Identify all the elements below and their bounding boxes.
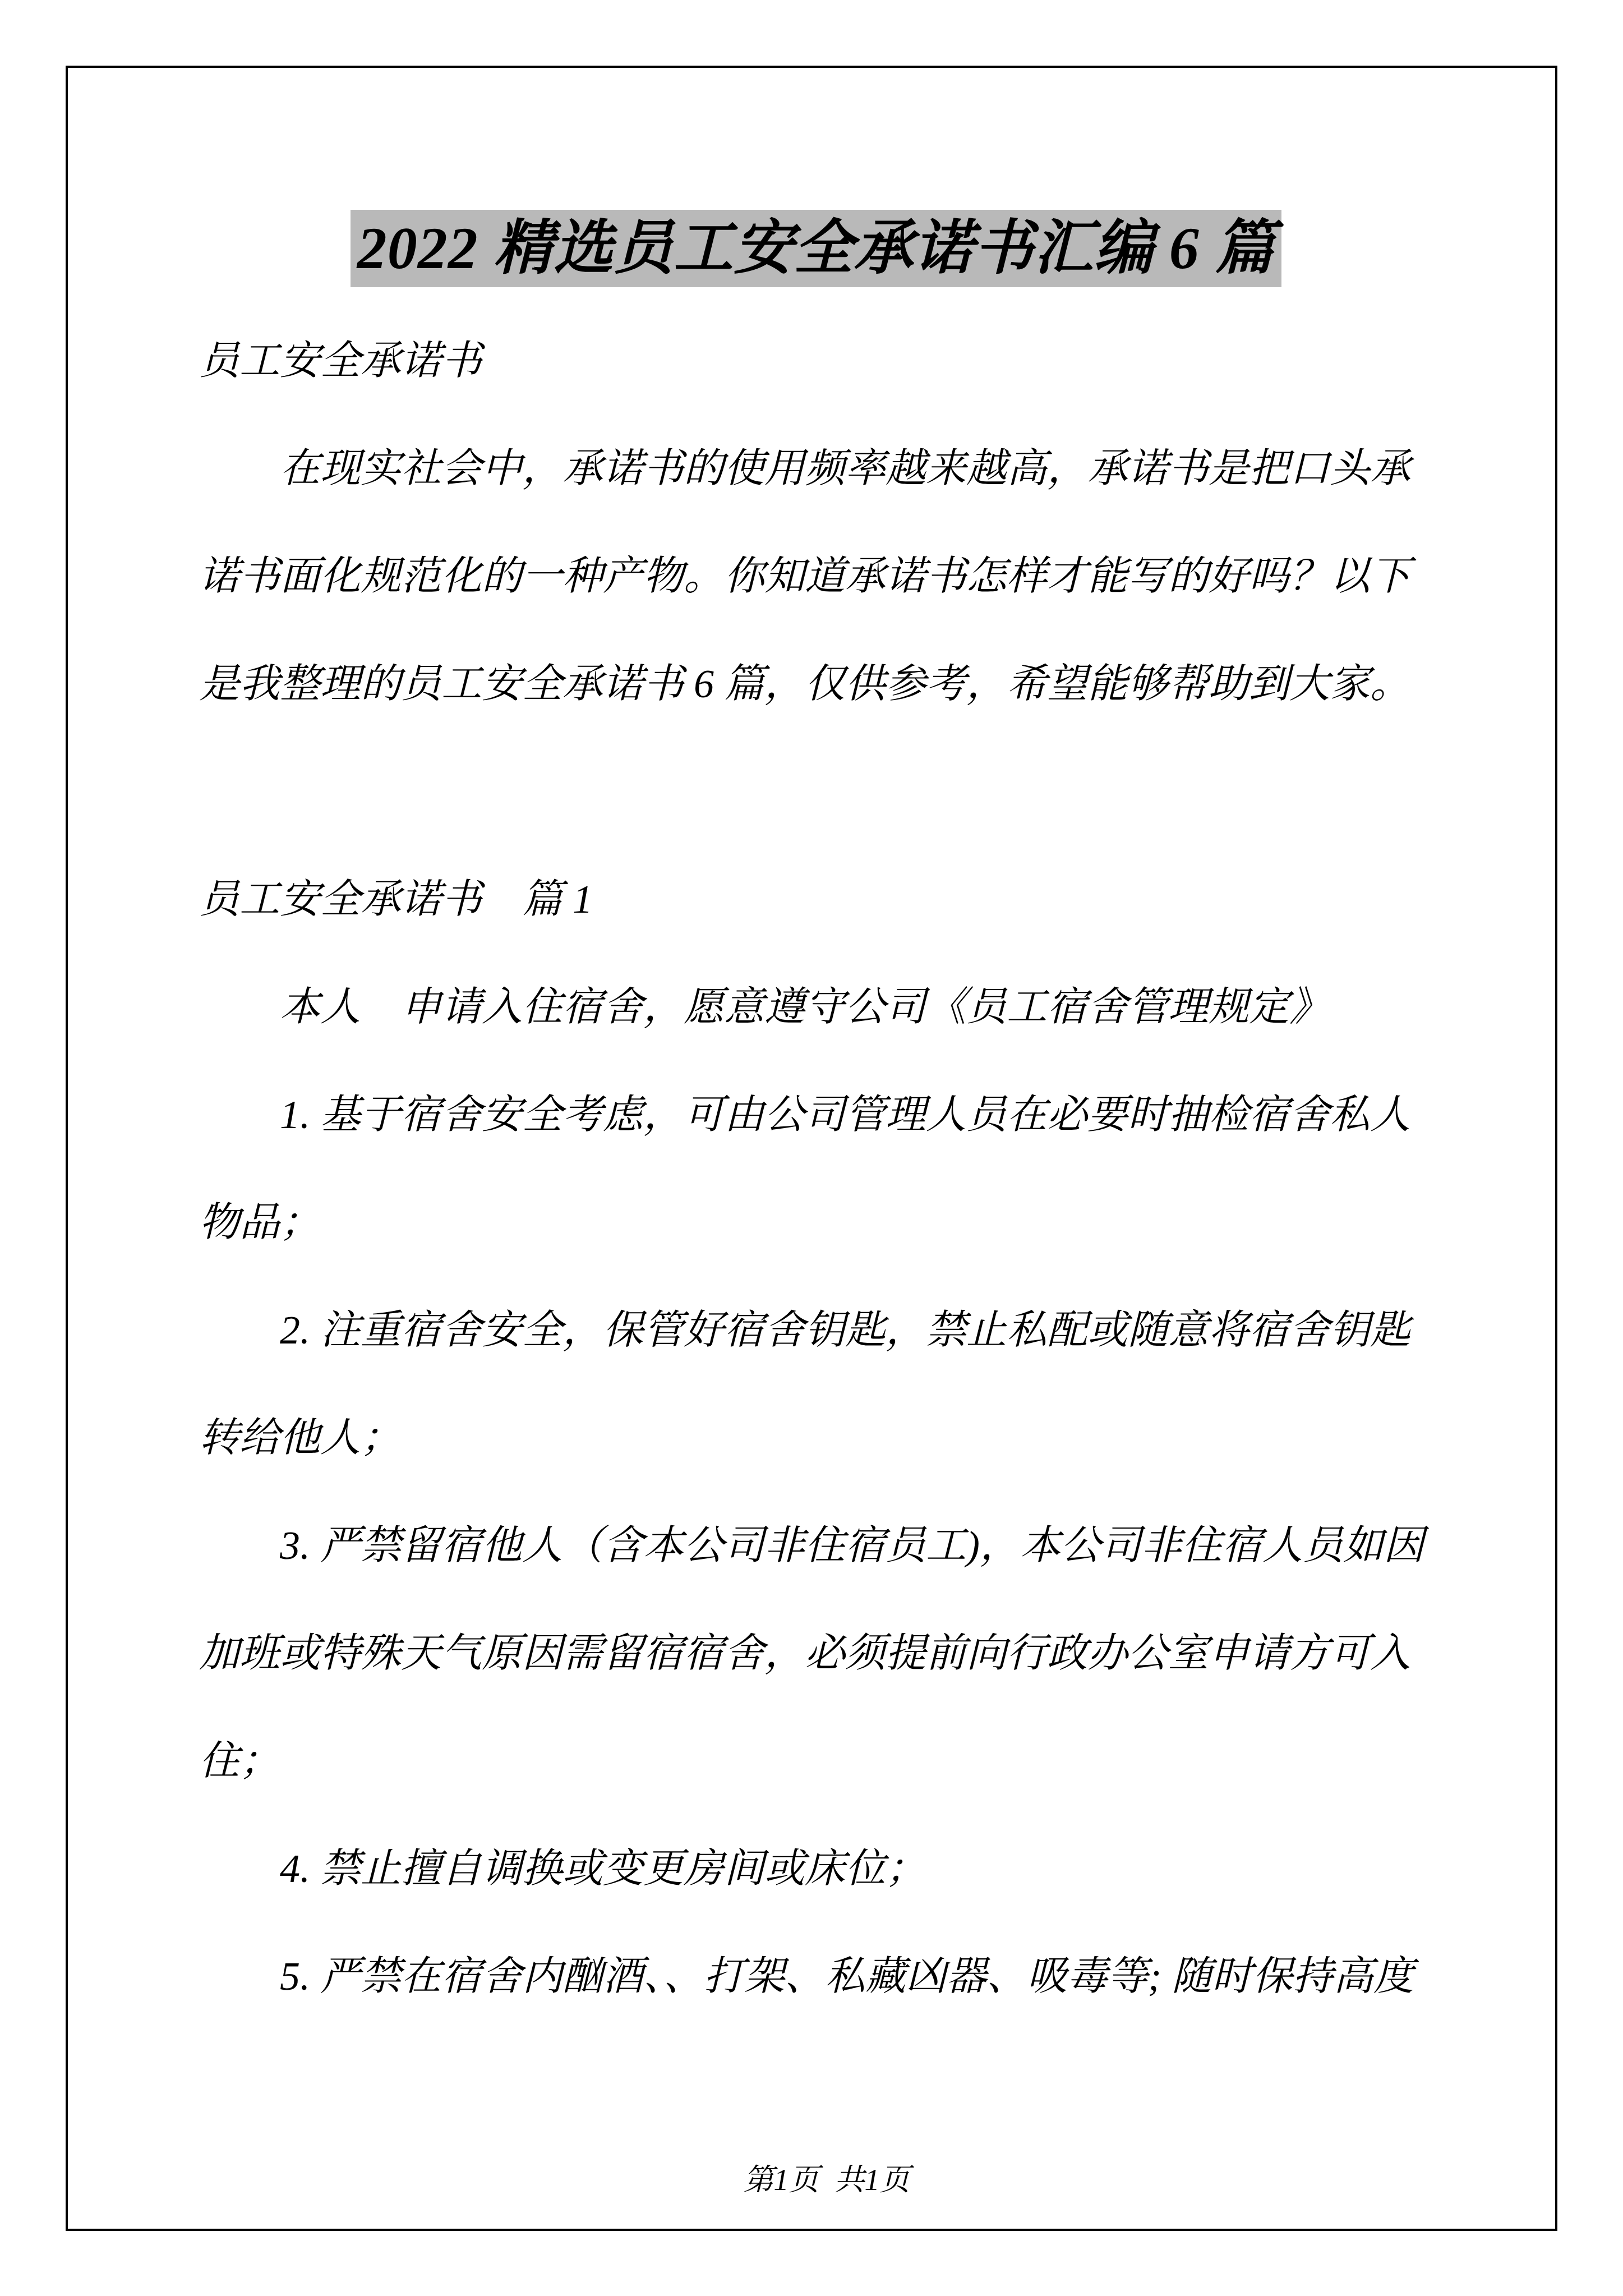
page-number-label: 第1页 共1页 [744,2163,910,2197]
text-line: 在现实社会中，承诺书的使用频率越来越高，承诺书是把口头承 [199,415,1425,522]
text-line [199,738,1425,845]
text-line: 住； [199,1707,1425,1815]
text-line: 2. 注重宿舍安全，保管好宿舍钥匙，禁止私配或随意将宿舍钥匙 [199,1276,1425,1384]
text-line: 物品； [199,1168,1425,1276]
text-line: 本人 申请入住宿舍，愿意遵守公司《员工宿舍管理规定》 [199,953,1425,1061]
text-line: 1. 基于宿舍安全考虑，可由公司管理人员在必要时抽检宿舍私人 [199,1061,1425,1168]
document-title-row: 2022 精选员工安全承诺书汇编 6 篇 [0,200,1623,297]
text-line: 转给他人； [199,1384,1425,1492]
text-line: 加班或特殊天气原因需留宿宿舍，必须提前向行政办公室申请方可入 [199,1599,1425,1707]
text-line: 员工安全承诺书 篇 1 [199,845,1425,953]
document-page: 2022 精选员工安全承诺书汇编 6 篇 员工安全承诺书在现实社会中，承诺书的使… [0,0,1623,2296]
document-title: 2022 精选员工安全承诺书汇编 6 篇 [351,210,1282,287]
text-line: 3. 严禁留宿他人（含本公司非住宿员工)，本公司非住宿人员如因 [199,1492,1425,1599]
text-line: 4. 禁止擅自调换或变更房间或床位； [199,1815,1425,1922]
text-line: 诺书面化规范化的一种产物。你知道承诺书怎样才能写的好吗？以下 [199,522,1425,630]
page-footer: 第1页 共1页 [0,2119,1623,2240]
text-line: 是我整理的员工安全承诺书 6 篇，仅供参考，希望能够帮助到大家。 [199,630,1425,738]
text-line: 5. 严禁在宿舍内酗酒、、打架、私藏凶器、吸毒等; 随时保持高度 [199,1922,1425,2030]
text-line: 员工安全承诺书 [199,307,1425,415]
document-body: 员工安全承诺书在现实社会中，承诺书的使用频率越来越高，承诺书是把口头承诺书面化规… [199,307,1425,2030]
